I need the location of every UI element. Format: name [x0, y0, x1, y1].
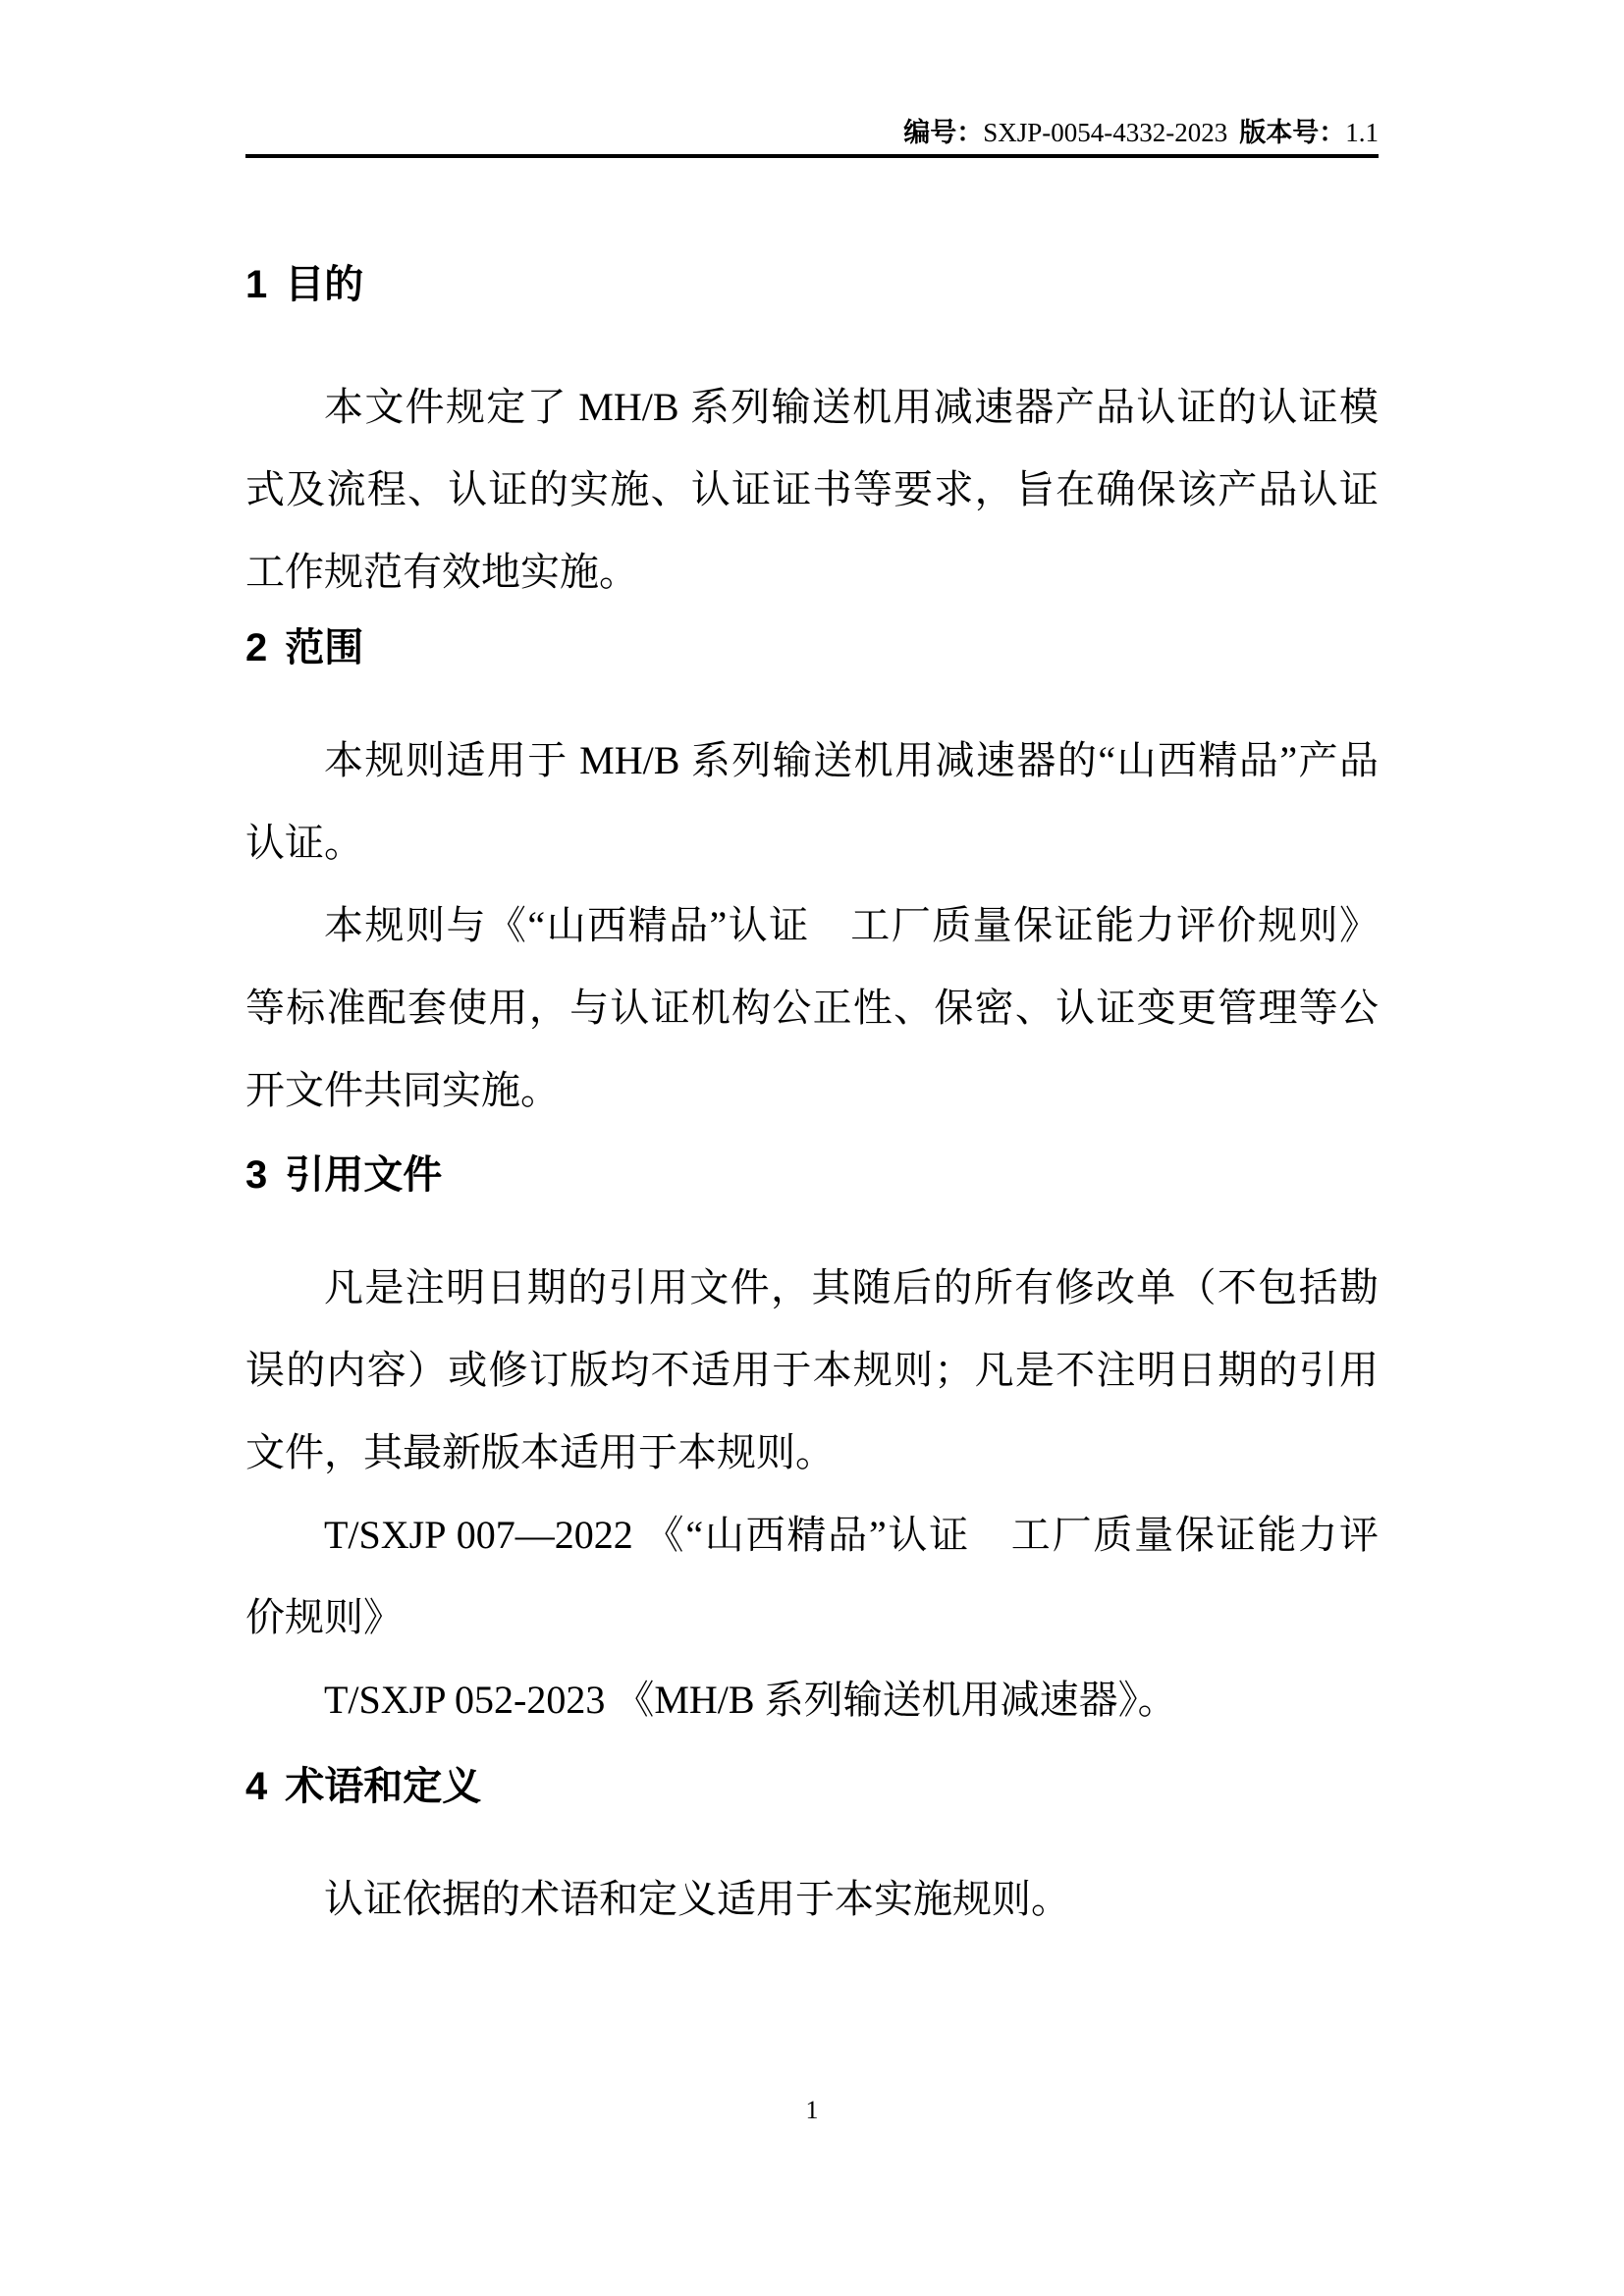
paragraph-reference-standard: T/SXJP 007—2022 《“山西精品”认证 工厂质量保证能力评价规则》	[245, 1494, 1379, 1659]
paragraph-reference-standard: T/SXJP 052-2023 《MH/B 系列输送机用减速器》。	[245, 1659, 1379, 1741]
section-title: 引用文件	[285, 1153, 442, 1197]
section-heading-references: 3引用文件	[245, 1155, 1379, 1195]
section-title: 目的	[285, 263, 363, 306]
section-heading-terms: 4术语和定义	[245, 1767, 1379, 1806]
section-heading-purpose: 1目的	[245, 265, 1379, 304]
paragraph: 认证依据的术语和定义适用于本实施规则。	[245, 1858, 1379, 1941]
section-number: 1	[245, 263, 267, 306]
section-title: 术语和定义	[285, 1765, 481, 1808]
paragraph: 凡是注明日期的引用文件，其随后的所有修改单（不包括勘误的内容）或修订版均不适用于…	[245, 1247, 1379, 1494]
section-heading-scope: 2范围	[245, 628, 1379, 667]
paragraph: 本规则适用于 MH/B 系列输送机用减速器的“山西精品”产品认证。	[245, 720, 1379, 884]
section-number: 2	[245, 626, 267, 669]
document-body: 1目的 本文件规定了 MH/B 系列输送机用减速器产品认证的认证模式及流程、认证…	[245, 0, 1379, 2123]
section-number: 4	[245, 1765, 267, 1808]
document-page: 编号：SXJP-0054-4332-2023版本号：1.1 1目的 本文件规定了…	[0, 0, 1624, 2296]
paragraph: 本规则与《“山西精品”认证 工厂质量保证能力评价规则》等标准配套使用，与认证机构…	[245, 884, 1379, 1132]
section-number: 3	[245, 1153, 267, 1197]
paragraph: 本文件规定了 MH/B 系列输送机用减速器产品认证的认证模式及流程、认证的实施、…	[245, 366, 1379, 614]
section-title: 范围	[285, 626, 363, 669]
page-number: 1	[245, 2098, 1379, 2123]
